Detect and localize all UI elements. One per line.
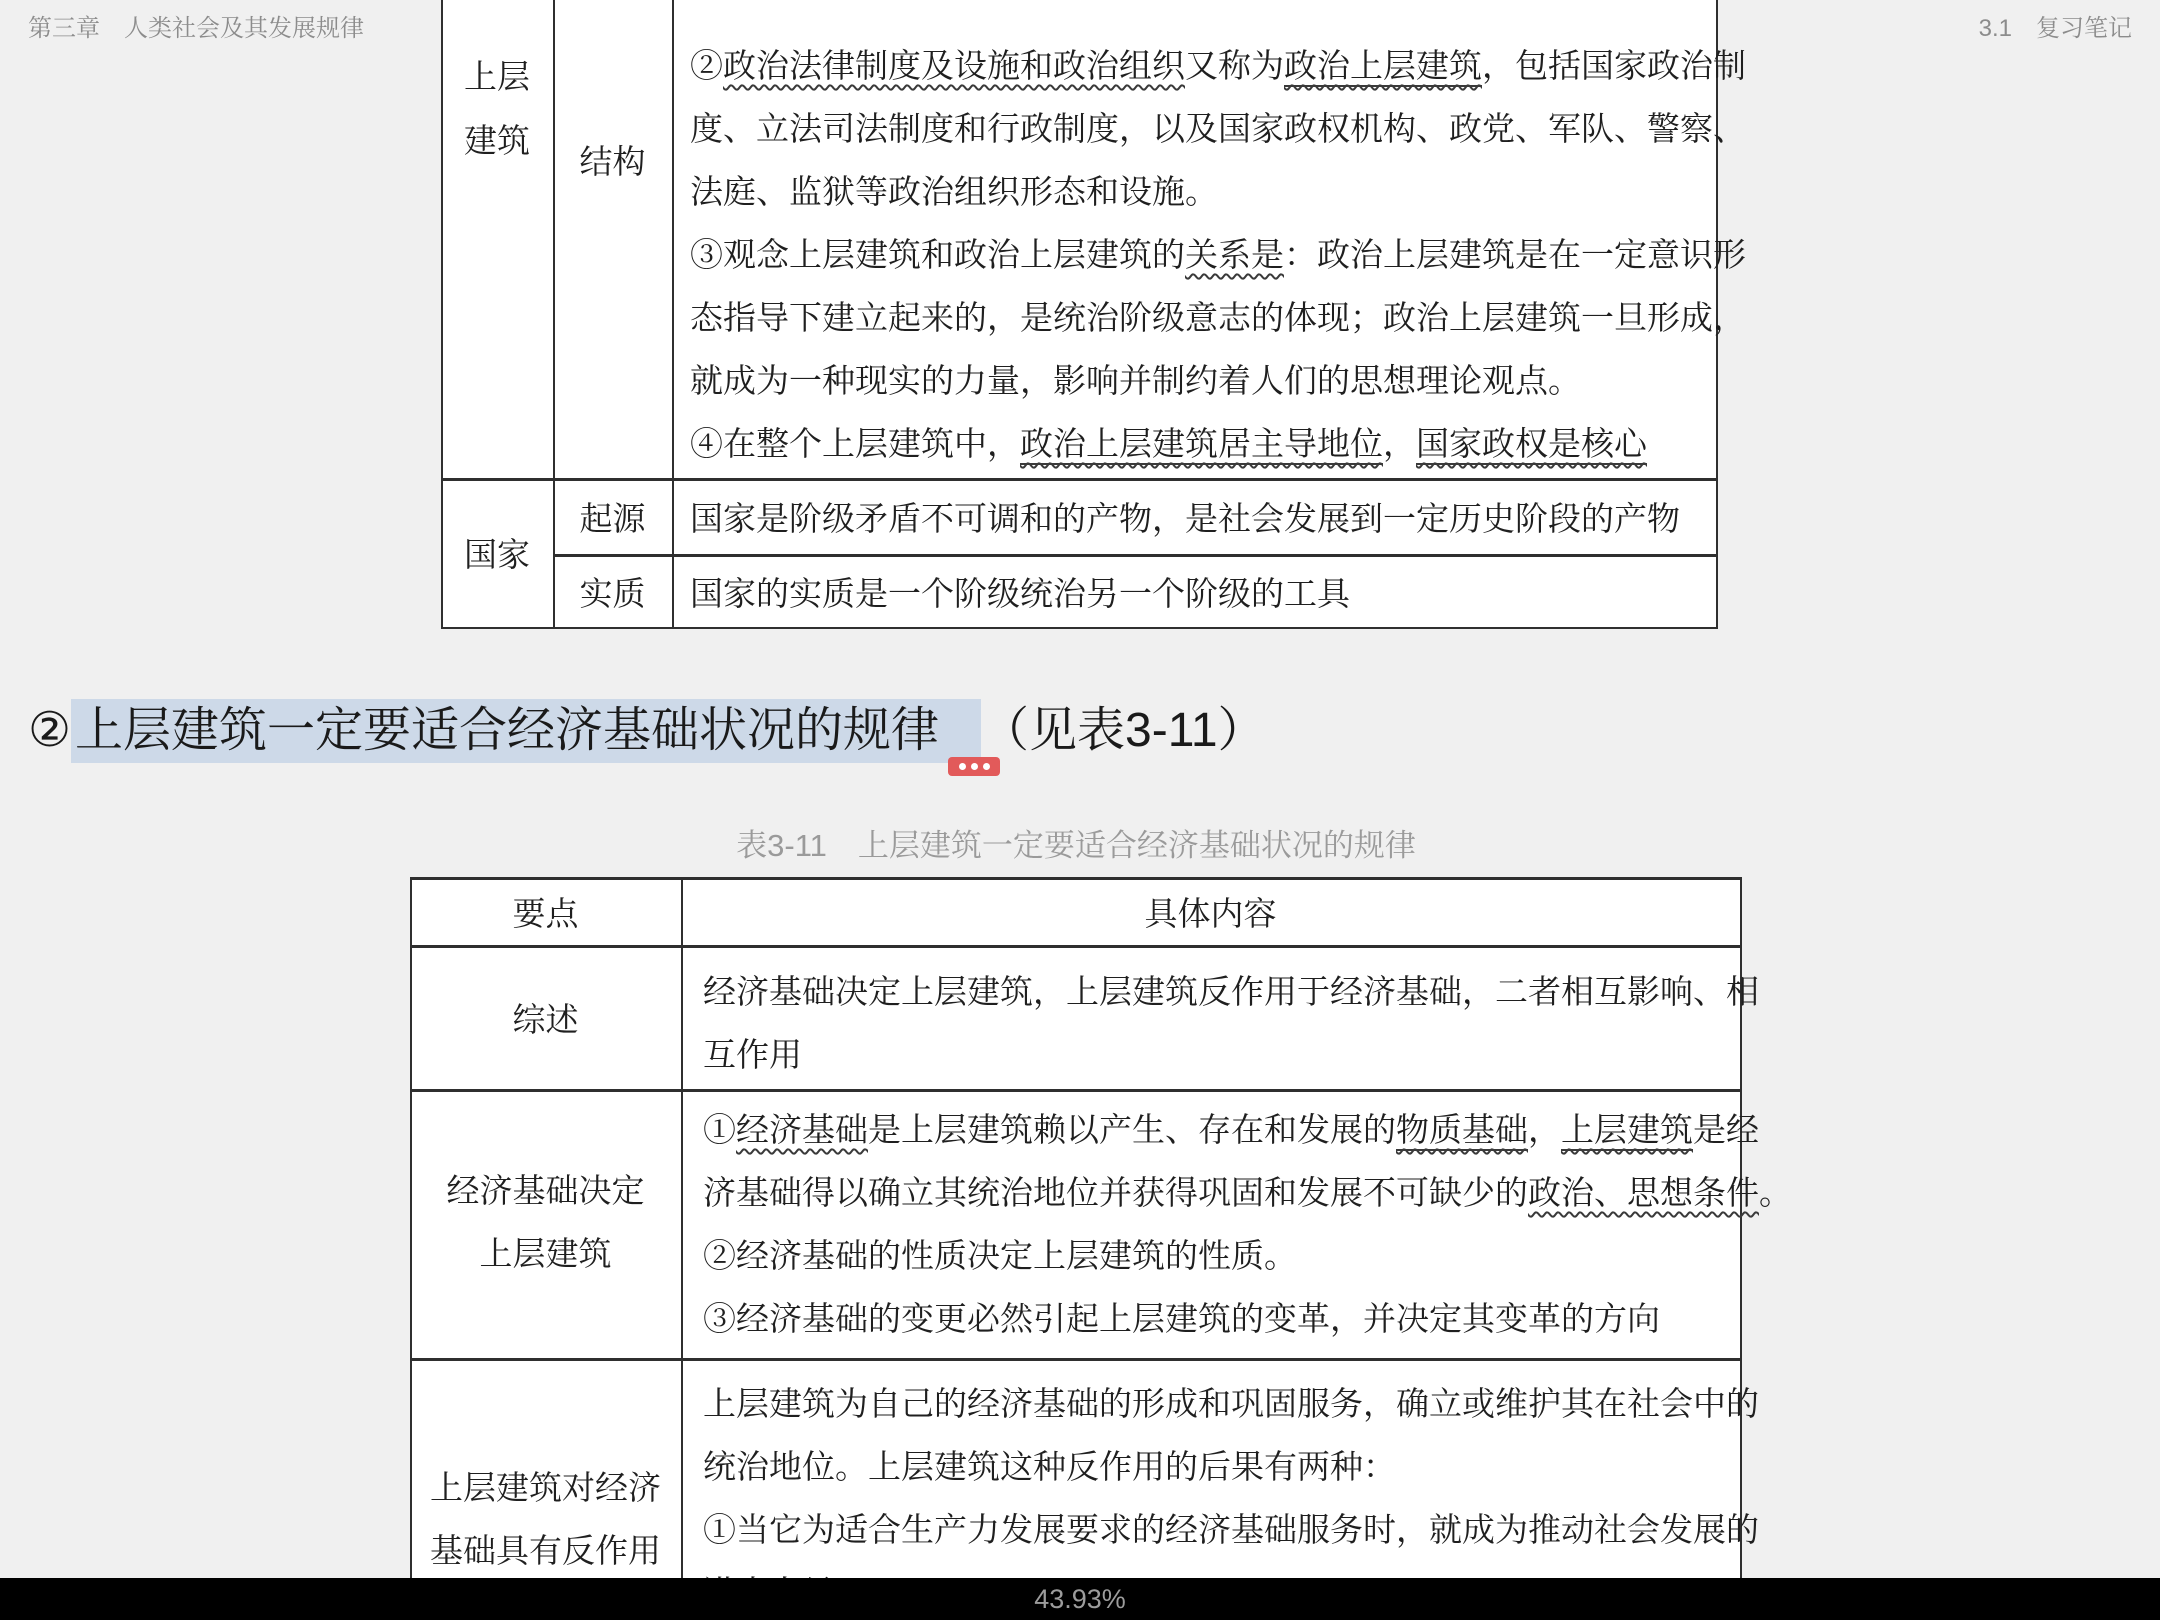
paragraph: ③观念上层建筑和政治上层建筑的关系是：政治上层建筑是在一定意识形态指导下建立起来… — [690, 225, 1718, 414]
table-grid-line — [410, 1358, 1742, 1361]
label-line: 建筑 — [441, 110, 553, 174]
table-subrow-label-essence: 实质 — [553, 556, 672, 627]
table-grid-line — [672, 0, 674, 629]
table-caption: 表3-11 上层建筑一定要适合经济基础状况的规律 — [410, 820, 1742, 865]
paragraph: ③经济基础的变更必然引起上层建筑的变革，并决定其变革的方向 — [703, 1289, 1723, 1352]
section-breadcrumb: 3.1 复习笔记 — [1979, 8, 2132, 43]
label-line: 上层 — [441, 46, 553, 110]
column-header-details: 具体内容 — [681, 877, 1740, 945]
paragraph: ④在整个上层建筑中，政治上层建筑居主导地位，国家政权是核心 — [690, 414, 1718, 477]
status-bar: 43.93% — [0, 1578, 2160, 1620]
table-row-label-overview: 综述 — [410, 945, 681, 1089]
section-heading: ②上层建筑一定要适合经济基础状况的规律（见表3-11） — [28, 696, 1266, 766]
table-row-label-reaction: 上层建筑对经济 基础具有反作用 — [410, 1458, 681, 1584]
label-line: 上层建筑 — [410, 1224, 681, 1287]
paragraph: ②政治法律制度及设施和政治组织又称为政治上层建筑，包括国家政治制度、立法司法制度… — [690, 36, 1718, 225]
paragraph: ①经济基础是上层建筑赖以产生、存在和发展的物质基础，上层建筑是经济基础得以确立其… — [703, 1100, 1723, 1226]
paragraph: ②经济基础的性质决定上层建筑的性质。 — [703, 1226, 1723, 1289]
label-line: 基础具有反作用 — [410, 1521, 681, 1584]
table-cell-origin-content: 国家是阶级矛盾不可调和的产物，是社会发展到一定历史阶段的产物 — [690, 478, 1680, 554]
heading-number: ② — [28, 704, 71, 757]
table-grid-line — [410, 1089, 1742, 1092]
paragraph: 经济基础决定上层建筑，上层建筑反作用于经济基础，二者相互影响、相互作用 — [703, 962, 1723, 1088]
text-highlight[interactable]: 上层建筑一定要适合经济基础状况的规律 — [71, 699, 981, 763]
table-row-label-state: 国家 — [441, 478, 553, 627]
reader-page: 第三章 人类社会及其发展规律 3.1 复习笔记 上层 建筑 结构 ②政治法律制度… — [0, 0, 2160, 1620]
ellipsis-icon — [971, 763, 978, 770]
table-cell-overview-content: 经济基础决定上层建筑，上层建筑反作用于经济基础，二者相互影响、相互作用 — [703, 962, 1723, 1088]
table-cell-base-determines-content: ①经济基础是上层建筑赖以产生、存在和发展的物质基础，上层建筑是经济基础得以确立其… — [703, 1100, 1723, 1352]
label-line: 经济基础决定 — [410, 1161, 681, 1224]
paragraph: 上层建筑为自己的经济基础的形成和巩固服务，确立或维护其在社会中的统治地位。上层建… — [703, 1374, 1723, 1500]
table-cell-essence-content: 国家的实质是一个阶级统治另一个阶级的工具 — [690, 556, 1350, 627]
table-grid-line — [441, 627, 1718, 629]
highlight-more-options-badge[interactable] — [948, 757, 1000, 776]
column-header-keypoints: 要点 — [410, 877, 681, 945]
table-subrow-label-origin: 起源 — [553, 478, 672, 554]
label-line: 上层建筑对经济 — [410, 1458, 681, 1521]
zoom-percentage: 43.93% — [1034, 1584, 1126, 1615]
table-grid-line — [681, 877, 683, 1620]
table-row-label-superstructure: 上层 建筑 — [441, 46, 553, 174]
table-subrow-label-structure: 结构 — [553, 143, 672, 183]
heading-suffix: （见表3-11） — [981, 704, 1266, 757]
ellipsis-icon — [983, 763, 990, 770]
table-row-label-base-determines: 经济基础决定 上层建筑 — [410, 1161, 681, 1287]
chapter-breadcrumb: 第三章 人类社会及其发展规律 — [28, 8, 364, 43]
table-cell-structure-content: ②政治法律制度及设施和政治组织又称为政治上层建筑，包括国家政治制度、立法司法制度… — [690, 36, 1718, 477]
ellipsis-icon — [959, 763, 966, 770]
